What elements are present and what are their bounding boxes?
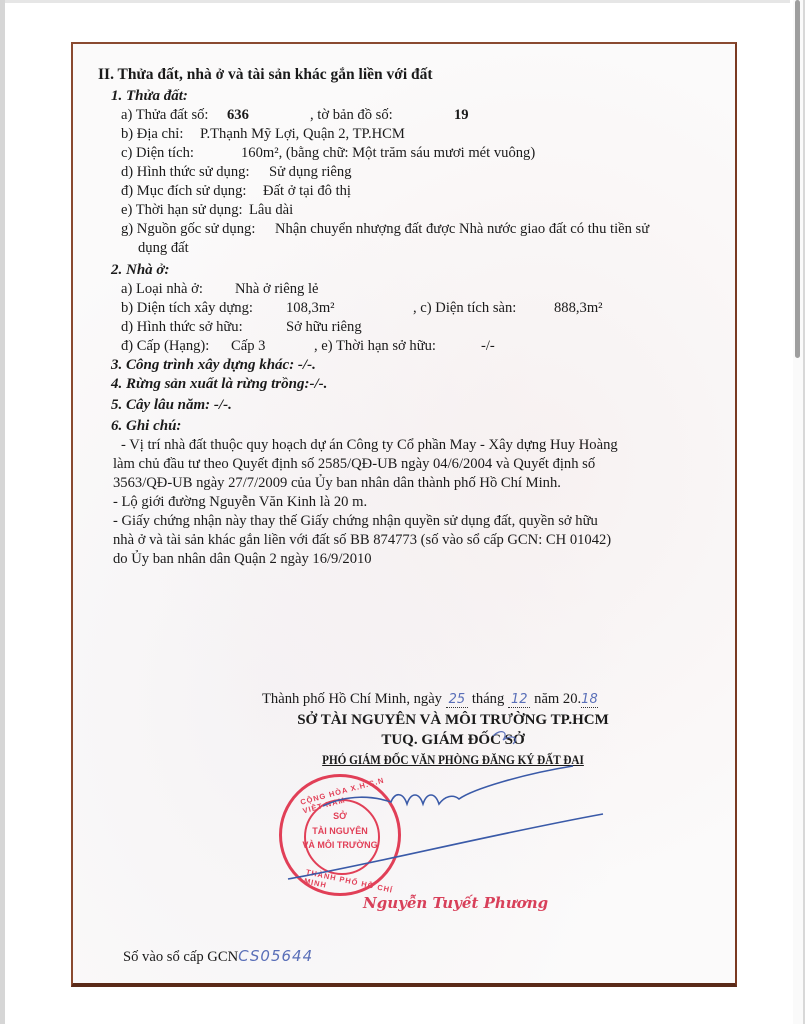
registry-value: CS05644 — [238, 947, 313, 965]
viewer-left-edge — [0, 0, 5, 1024]
handwritten-signature — [73, 44, 739, 989]
signer-name: Nguyễn Tuyết Phương — [363, 894, 548, 912]
scrollbar-thumb[interactable] — [795, 0, 800, 358]
viewer-right-edge — [803, 0, 805, 1024]
document-body: II. Thửa đất, nhà ở và tài sản khác gắn … — [73, 44, 735, 983]
registry-number: Số vào sổ cấp GCNCS05644 — [123, 947, 313, 966]
certificate-page: II. Thửa đất, nhà ở và tài sản khác gắn … — [71, 42, 737, 987]
registry-label: Số vào sổ cấp GCN — [123, 949, 238, 965]
viewer-top-edge — [0, 0, 790, 3]
